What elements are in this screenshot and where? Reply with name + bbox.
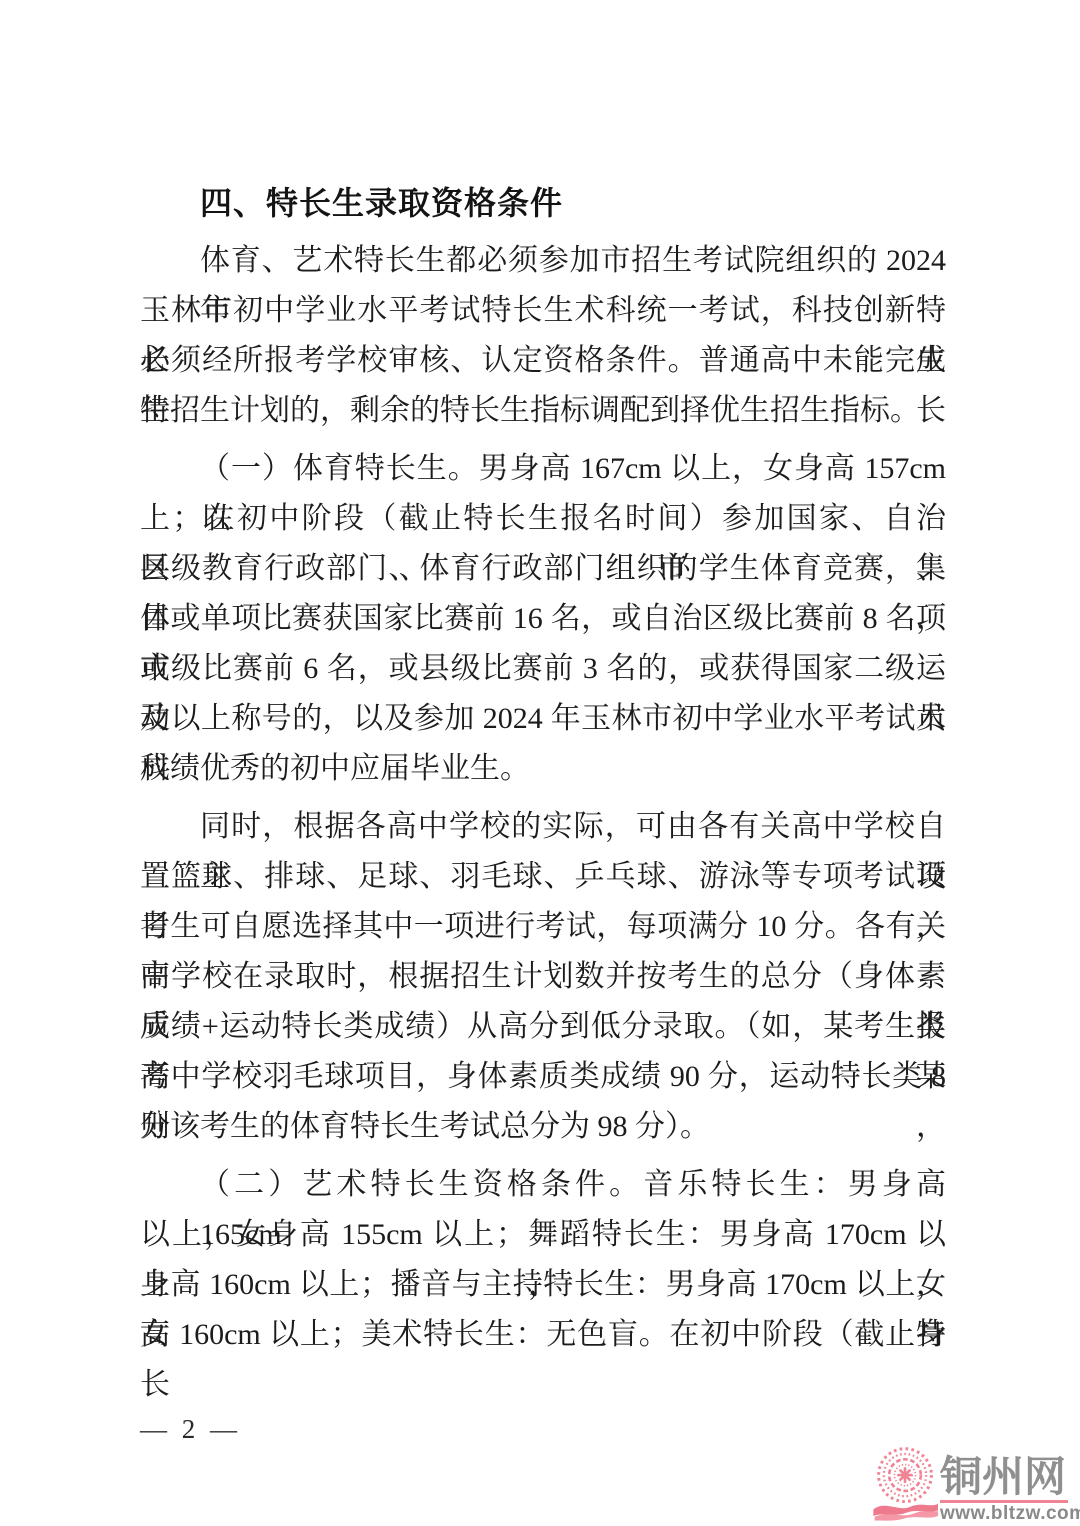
paragraph: （二）艺术特长生资格条件。音乐特长生：男身高 165cm 以上，女身高 155c…	[140, 1160, 946, 1360]
text-line: 生招生计划的，剩余的特长生指标调配到择优生招生指标。	[140, 386, 946, 436]
text-line: 及以上称号的，以及参加 2024 年玉林市初中学业水平考试术科	[140, 694, 946, 744]
text-line: 成绩+运动特长类成绩）从高分到低分录取。（如，某考生报考某	[140, 1002, 946, 1052]
paragraph: （一）体育特长生。男身高 167cm 以上，女身高 157cm 以 上；在初中阶…	[140, 444, 946, 794]
text-line: 上；在初中阶段（截止特长生报名时间）参加国家、自治区、市、	[140, 494, 946, 544]
site-watermark: 铜州网 www.bltzw.com	[872, 1446, 1072, 1524]
document-page: 四、特长生录取资格条件 体育、艺术特长生都必须参加市招生考试院组织的 2024 …	[0, 0, 1080, 1526]
text-line: 身高 160cm 以上；播音与主持特长生：男身高 170cm 以上，女身	[140, 1260, 946, 1310]
text-line: 置篮球、排球、足球、羽毛球、乒乓球、游泳等专项考试项目，	[140, 852, 946, 902]
seal-icon	[872, 1446, 938, 1524]
text-line: 必须经所报考学校审核、认定资格条件。普通高中未能完成特长	[140, 336, 946, 386]
text-line: 玉林市初中学业水平考试特长生术科统一考试，科技创新特长生	[140, 286, 946, 336]
section-title: 四、特长生录取资格条件	[140, 178, 946, 228]
text-line: 目或单项比赛获国家比赛前 16 名，或自治区级比赛前 8 名，或	[140, 594, 946, 644]
page-number: — 2 —	[140, 1414, 241, 1444]
text-line: （二）艺术特长生资格条件。音乐特长生：男身高 165cm	[140, 1160, 946, 1210]
text-line: 同时，根据各高中学校的实际，可由各有关高中学校自主设	[140, 802, 946, 852]
text-line: 高中学校羽毛球项目，身体素质类成绩 90 分，运动特长类 8 分，	[140, 1052, 946, 1102]
text-line: 考生可自愿选择其中一项进行考试，每项满分 10 分。各有关高	[140, 902, 946, 952]
text-line: （一）体育特长生。男身高 167cm 以上，女身高 157cm 以	[140, 444, 946, 494]
text-line: 高 160cm 以上；美术特长生：无色盲。在初中阶段（截止特长	[140, 1310, 946, 1360]
text-line: 市级比赛前 6 名，或县级比赛前 3 名的，或获得国家二级运动员	[140, 644, 946, 694]
site-name: 铜州网	[940, 1446, 1068, 1503]
paragraph: 同时，根据各高中学校的实际，可由各有关高中学校自主设 置篮球、排球、足球、羽毛球…	[140, 802, 946, 1152]
document-body: 四、特长生录取资格条件 体育、艺术特长生都必须参加市招生考试院组织的 2024 …	[140, 178, 946, 1360]
text-line: 中学校在录取时，根据招生计划数并按考生的总分（身体素质类	[140, 952, 946, 1002]
text-line: 县级教育行政部门、体育行政部门组织的学生体育竞赛，集体项	[140, 544, 946, 594]
site-url: www.bltzw.com	[940, 1503, 1080, 1525]
logo-text-column: 铜州网 www.bltzw.com	[940, 1446, 1080, 1525]
text-line: 成绩优秀的初中应届毕业生。	[140, 744, 946, 794]
text-line: 以上，女身高 155cm 以上；舞蹈特长生：男身高 170cm 以上，女	[140, 1210, 946, 1260]
paragraph: 体育、艺术特长生都必须参加市招生考试院组织的 2024 年 玉林市初中学业水平考…	[140, 236, 946, 436]
text-line: 体育、艺术特长生都必须参加市招生考试院组织的 2024 年	[140, 236, 946, 286]
